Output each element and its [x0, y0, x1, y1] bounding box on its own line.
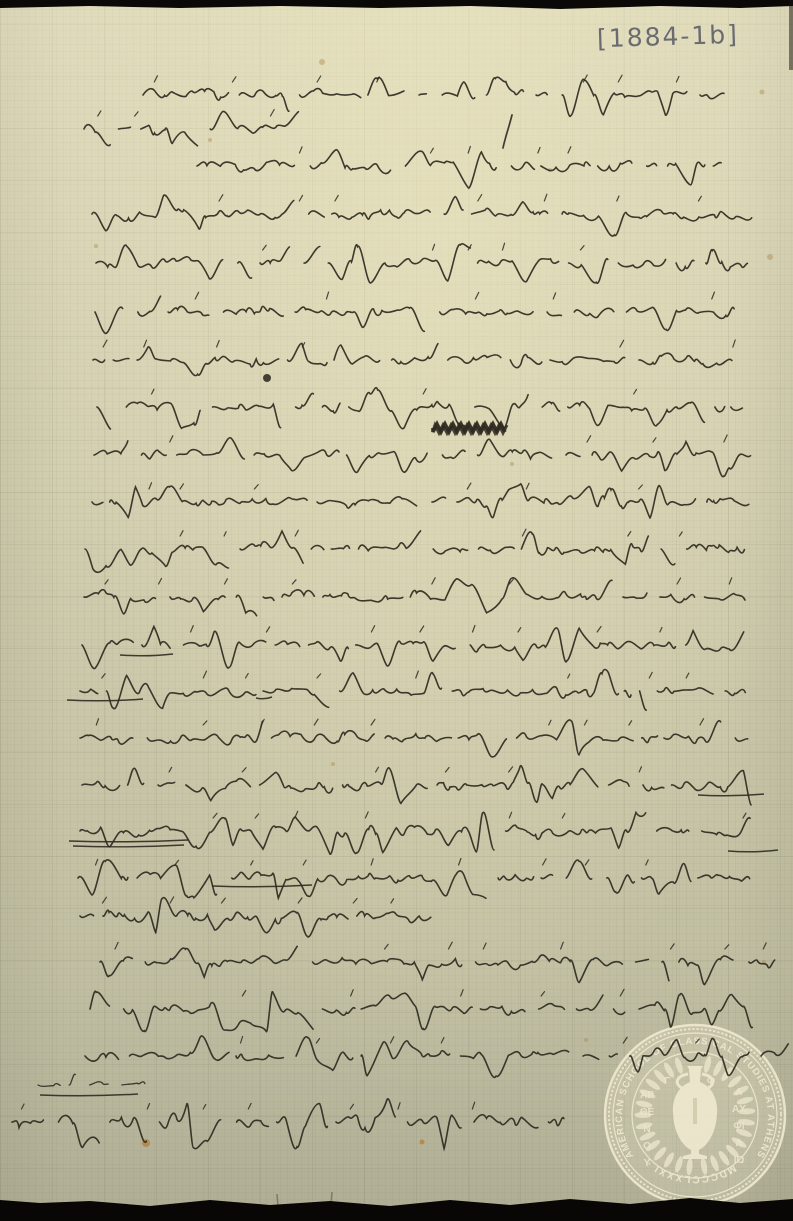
- accent-mark: [371, 626, 374, 632]
- accent-mark: [587, 436, 591, 442]
- seal-letter: Λ: [736, 1138, 743, 1149]
- foxing-spot: [319, 59, 325, 65]
- handwriting-line: [97, 388, 742, 429]
- accent-mark: [96, 719, 98, 725]
- accent-mark: [423, 389, 426, 394]
- seal-letter: ΦΙ: [734, 1121, 745, 1132]
- accent-mark: [468, 147, 470, 154]
- accent-mark: [203, 1105, 206, 1110]
- accent-mark: [180, 531, 183, 536]
- accent-mark: [671, 944, 675, 949]
- accent-mark: [483, 943, 486, 949]
- accent-mark: [102, 674, 105, 678]
- inserted-word: [38, 1074, 145, 1086]
- handwriting-line: [82, 627, 744, 669]
- foxing-spot: [760, 90, 765, 95]
- accent-mark: [219, 195, 223, 201]
- underline-stroke: [120, 654, 173, 656]
- handwriting-line: [84, 111, 298, 145]
- accent-mark: [248, 1103, 251, 1109]
- accent-mark: [553, 293, 555, 299]
- accent-mark: [432, 578, 435, 584]
- accent-mark: [562, 813, 565, 818]
- accent-mark: [441, 1038, 444, 1044]
- accent-mark: [653, 438, 656, 442]
- foxing-spot: [584, 1038, 588, 1042]
- accent-mark: [391, 899, 394, 903]
- accent-mark: [475, 292, 478, 299]
- underline-stroke: [73, 845, 184, 847]
- accent-mark: [541, 992, 544, 996]
- accent-mark: [634, 389, 637, 394]
- accent-mark: [266, 627, 269, 632]
- accent-mark: [568, 674, 570, 678]
- slash-mark: [503, 115, 512, 148]
- accent-mark: [679, 532, 682, 536]
- accent-mark: [241, 1037, 243, 1044]
- amphora-figure: [693, 1098, 697, 1124]
- accent-mark: [292, 580, 296, 584]
- accent-mark: [618, 75, 622, 82]
- handwriting-line: [80, 898, 431, 937]
- handwriting-line: [90, 991, 752, 1031]
- accent-mark: [115, 942, 118, 949]
- accent-mark: [620, 340, 624, 347]
- handwriting-line: [92, 484, 757, 518]
- scan-edge-top: [0, 0, 793, 9]
- accent-mark: [649, 672, 652, 678]
- seal-letter: Ν: [643, 1124, 650, 1135]
- handwriting-line: [93, 343, 744, 375]
- accent-mark: [580, 246, 584, 250]
- accent-mark: [317, 674, 321, 678]
- handwriting-line: [80, 669, 745, 710]
- accent-mark: [298, 898, 302, 903]
- accent-mark: [251, 861, 253, 865]
- seal-letter: Υ: [644, 1158, 651, 1169]
- accent-mark: [350, 1104, 353, 1109]
- accent-mark: [472, 1102, 474, 1109]
- accent-mark: [170, 897, 174, 903]
- accent-mark: [561, 942, 564, 949]
- seal-letter: ΑΡ: [640, 1090, 654, 1101]
- accent-mark: [224, 532, 226, 536]
- accent-mark: [242, 991, 245, 997]
- underline-stroke: [40, 1094, 138, 1096]
- accent-mark: [568, 147, 571, 153]
- handwriting-line: [197, 150, 721, 189]
- accent-mark: [733, 340, 735, 347]
- underline-stroke: [256, 697, 272, 699]
- accent-mark: [433, 244, 435, 250]
- handwriting-line: [96, 244, 747, 283]
- accent-mark: [245, 674, 248, 679]
- accent-mark: [639, 485, 643, 489]
- underline-stroke: [728, 850, 778, 852]
- accent-mark: [224, 579, 227, 584]
- accent-mark: [263, 245, 267, 250]
- accent-mark: [623, 1037, 627, 1043]
- accent-mark: [473, 626, 475, 633]
- accent-mark: [509, 812, 511, 818]
- accent-mark: [270, 110, 274, 117]
- accent-mark: [729, 578, 731, 584]
- accent-mark: [135, 112, 139, 116]
- accent-mark: [303, 860, 306, 865]
- accent-mark: [712, 292, 715, 299]
- manuscript-page: [1884-1b] AMERICAN SCHOOL OF CLASSICAL S…: [0, 0, 793, 1221]
- accent-mark: [416, 671, 419, 678]
- accent-mark: [103, 340, 107, 347]
- accent-mark: [518, 628, 521, 632]
- accent-mark: [629, 721, 632, 725]
- manuscript-artwork: AMERICAN SCHOOL OF CLASSICAL STUDIES AT …: [0, 0, 793, 1221]
- accent-mark: [628, 532, 631, 537]
- accent-mark: [620, 989, 624, 996]
- pencil-tick: [277, 1194, 278, 1206]
- accent-mark: [371, 719, 375, 725]
- seal-letter: Γ: [664, 1076, 670, 1087]
- accent-mark: [509, 767, 513, 772]
- accent-mark: [398, 1103, 400, 1109]
- accent-mark: [159, 578, 162, 584]
- accent-mark: [213, 813, 217, 818]
- accent-mark: [538, 148, 540, 154]
- underline-stroke: [69, 840, 188, 842]
- accent-mark: [314, 719, 318, 725]
- accent-mark: [217, 341, 220, 348]
- seal-letter: ΑΧ: [732, 1104, 746, 1115]
- accent-mark: [526, 483, 529, 489]
- underline-stroke: [212, 885, 312, 887]
- accent-mark: [585, 860, 589, 865]
- accent-mark: [316, 1039, 319, 1044]
- accent-mark: [763, 943, 766, 949]
- handwriting-line: [82, 766, 751, 805]
- accent-mark: [724, 435, 727, 442]
- accent-mark: [203, 721, 207, 725]
- accent-mark: [299, 147, 302, 153]
- accent-mark: [147, 1104, 149, 1110]
- handwriting-line: [12, 1099, 564, 1149]
- handwriting-line: [100, 946, 775, 984]
- accent-mark: [326, 292, 328, 299]
- handwriting-line: [84, 578, 745, 616]
- accent-mark: [467, 483, 471, 489]
- foxing-spot: [767, 254, 773, 260]
- accent-mark: [152, 389, 154, 394]
- accent-mark: [430, 148, 433, 153]
- accent-mark: [154, 76, 157, 82]
- accent-mark: [365, 812, 368, 818]
- scan-edge-right: [789, 0, 793, 70]
- accent-mark: [195, 292, 198, 299]
- accent-mark: [743, 813, 746, 818]
- accent-mark: [390, 1037, 393, 1043]
- accent-mark: [698, 196, 701, 201]
- handwriting-line: [92, 195, 752, 236]
- accent-mark: [686, 673, 689, 678]
- accent-mark: [549, 720, 551, 725]
- accent-mark: [21, 1104, 24, 1109]
- seal-letter: Ο: [643, 1141, 651, 1152]
- underline-stroke: [67, 699, 143, 701]
- accent-mark: [584, 720, 587, 725]
- accent-mark: [677, 578, 681, 584]
- seal-letter: ΙΟ: [734, 1155, 745, 1166]
- handwriting-line: [85, 531, 744, 572]
- accent-mark: [522, 529, 526, 536]
- accent-mark: [295, 530, 298, 536]
- accent-mark: [317, 76, 321, 82]
- accent-mark: [299, 195, 302, 201]
- accent-mark: [376, 767, 379, 772]
- handwriting-line: [143, 77, 724, 116]
- ink-blot: [263, 374, 271, 382]
- accent-mark: [646, 860, 648, 865]
- accent-mark: [98, 111, 101, 116]
- accent-mark: [255, 814, 258, 818]
- accent-mark: [335, 195, 338, 201]
- accent-mark: [254, 485, 258, 489]
- accent-mark: [169, 767, 172, 772]
- accent-mark: [242, 768, 246, 772]
- accent-mark: [180, 484, 183, 489]
- seal-letter: Φ: [707, 1076, 715, 1087]
- foxing-spot: [208, 138, 212, 142]
- handwriting-line: [95, 296, 743, 333]
- accent-mark: [597, 627, 601, 633]
- accent-mark: [461, 990, 464, 996]
- accent-mark: [478, 195, 482, 202]
- accent-mark: [420, 626, 424, 632]
- foxing-spot: [331, 762, 335, 766]
- accent-mark: [617, 196, 619, 201]
- accent-mark: [232, 77, 236, 82]
- accent-mark: [149, 483, 152, 489]
- accent-mark: [353, 899, 357, 904]
- accent-mark: [222, 898, 226, 903]
- accent-mark: [170, 436, 173, 442]
- accent-mark: [544, 194, 547, 201]
- handwriting-line: [94, 438, 751, 477]
- accent-mark: [448, 942, 452, 949]
- accent-mark: [676, 76, 679, 82]
- accent-mark: [351, 990, 354, 996]
- accent-mark: [144, 340, 147, 347]
- accent-mark: [96, 859, 98, 865]
- foxing-spot: [420, 1140, 425, 1145]
- accent-mark: [639, 767, 641, 772]
- accent-mark: [191, 626, 194, 632]
- accent-mark: [459, 859, 461, 866]
- handwriting-layer: [12, 75, 788, 1149]
- accent-mark: [660, 628, 662, 633]
- accent-mark: [371, 859, 373, 865]
- handwriting-line: [80, 812, 750, 854]
- handwriting-line: [78, 860, 750, 898]
- accent-mark: [102, 897, 106, 903]
- accent-mark: [385, 944, 389, 949]
- handwriting-line: [80, 720, 748, 757]
- accent-mark: [725, 945, 729, 949]
- accent-mark: [445, 768, 449, 773]
- seal-letter: Α: [735, 1087, 742, 1098]
- embossed-seal: AMERICAN SCHOOL OF CLASSICAL STUDIES AT …: [605, 1025, 785, 1205]
- underline-stroke: [698, 794, 764, 796]
- seal-letter: ΘΕ: [640, 1107, 655, 1118]
- accent-mark: [203, 671, 206, 678]
- foxing-spot: [510, 462, 514, 466]
- foxing-spot: [94, 244, 98, 248]
- accent-mark: [502, 243, 504, 250]
- scan-edge-bottom: [0, 1198, 793, 1221]
- accent-mark: [105, 580, 108, 584]
- accent-mark: [543, 859, 546, 865]
- accent-mark: [175, 860, 179, 865]
- accent-mark: [700, 719, 704, 725]
